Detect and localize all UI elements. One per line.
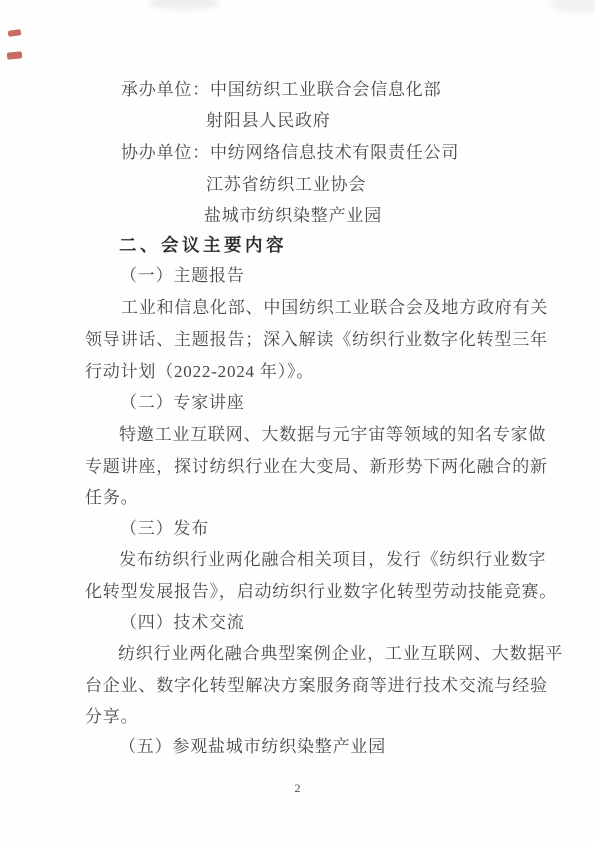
paragraph-line: 发布纺织行业两化融合相关项目，发行《纺织行业数字 [119, 550, 546, 570]
paragraph-line: 特邀工业互联网、大数据与元宇宙等领域的知名专家做 [119, 425, 546, 445]
paragraph-line: 行动计划（2022-2024 年）》。 [85, 362, 314, 382]
subsection-title: （四）技术交流 [120, 613, 245, 633]
page-number: 2 [0, 781, 595, 796]
scanned-document-page: 承办单位：中国纺织工业联合会信息化部 射阳县人民政府 协办单位：中纺网络信息技术… [0, 0, 595, 842]
section-heading: 二、会议主要内容 [119, 235, 287, 255]
subsection-title: （三）发布 [120, 519, 209, 539]
paragraph-line: 纺织行业两化融合典型案例企业，工业互联网、大数据平 [118, 644, 563, 664]
paragraph-line: 任务。 [85, 488, 138, 508]
red-pen-mark-icon [7, 51, 23, 59]
co-organizer-label-line: 协办单位：中纺网络信息技术有限责任公司 [121, 143, 459, 163]
subsection-title: （一）主题报告 [120, 266, 245, 286]
paragraph-line: 分享。 [85, 707, 138, 727]
scan-smudge-top [148, 0, 220, 10]
co-organizer-name-line: 江苏省纺织工业协会 [206, 175, 366, 195]
paragraph-line: 领导讲话、主题报告；深入解读《纺织行业数字化转型三年 [85, 330, 548, 350]
paragraph-line: 专题讲座，探讨纺织行业在大变局、新形势下两化融合的新 [85, 457, 548, 477]
paragraph-line: 台企业、数字化转型解决方案服务商等进行技术交流与经验 [85, 676, 548, 696]
scan-smudge-top-right [548, 0, 595, 13]
paragraph-line: 化转型发展报告》，启动纺织行业数字化转型劳动技能竞赛。 [85, 582, 557, 602]
subsection-title: （五）参观盐城市纺织染整产业园 [119, 737, 386, 757]
subsection-title: （二）专家讲座 [120, 393, 245, 413]
co-organizer-name-line: 盐城市纺织染整产业园 [204, 206, 382, 226]
paragraph-line: 工业和信息化部、中国纺织工业联合会及地方政府有关 [121, 298, 548, 318]
organizer-label-line: 承办单位：中国纺织工业联合会信息化部 [121, 80, 441, 100]
organizer-name-line: 射阳县人民政府 [206, 111, 331, 131]
red-pen-mark-icon [8, 29, 22, 37]
